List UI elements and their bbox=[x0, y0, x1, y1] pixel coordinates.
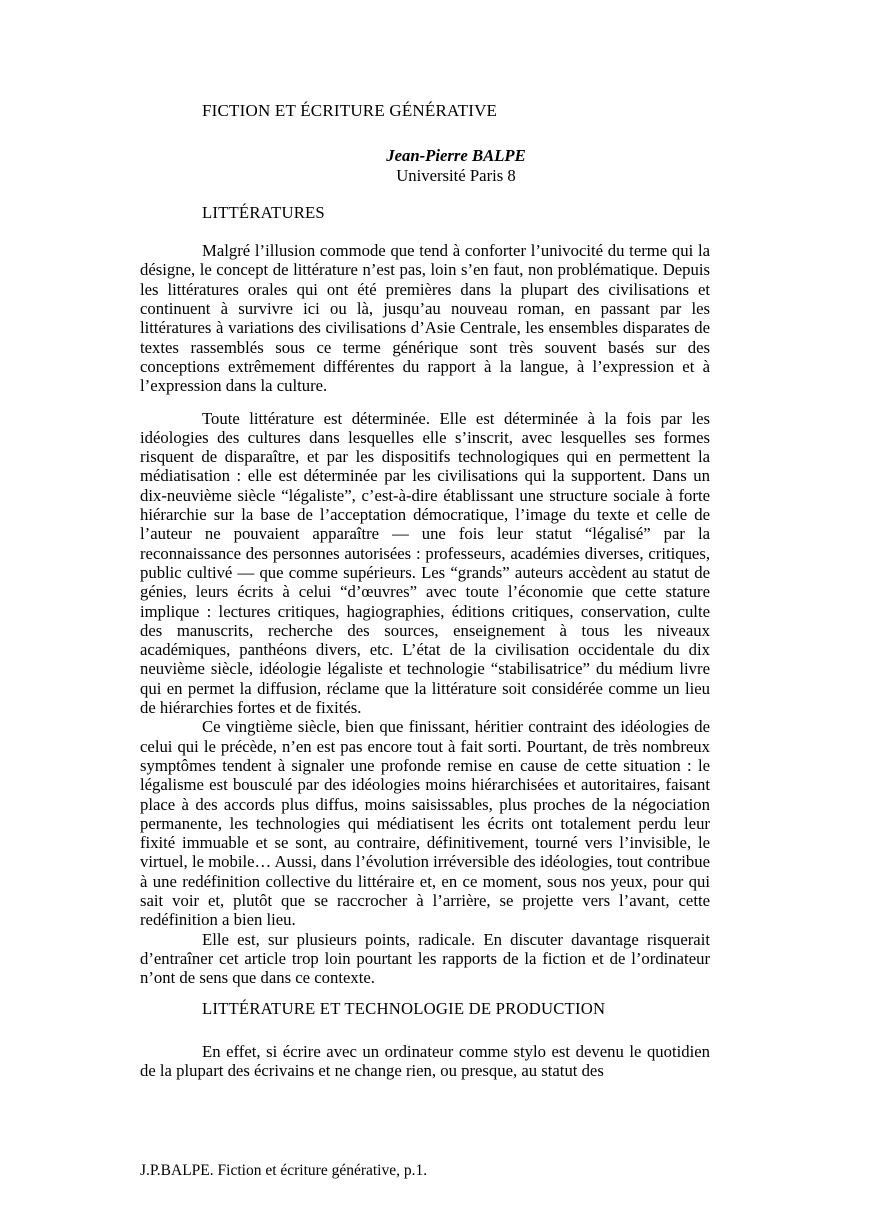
section-heading-technologie-de-production: LITTÉRATURE ET TECHNOLOGIE DE PRODUCTION bbox=[202, 999, 710, 1018]
author-block: Jean-Pierre BALPE Université Paris 8 bbox=[171, 146, 741, 185]
page-footer: J.P.BALPE. Fiction et écriture générativ… bbox=[140, 1162, 427, 1180]
paragraph-2: Toute littérature est déterminée. Elle e… bbox=[140, 409, 710, 718]
paragraph-5: En effet, si écrire avec un ordinateur c… bbox=[140, 1042, 710, 1081]
author-name: Jean-Pierre BALPE bbox=[171, 146, 741, 165]
document-body: FICTION ET ÉCRITURE GÉNÉRATIVE Jean-Pier… bbox=[140, 0, 710, 1080]
document-title: FICTION ET ÉCRITURE GÉNÉRATIVE bbox=[202, 101, 710, 120]
paragraph-1: Malgré l’illusion commode que tend à con… bbox=[140, 241, 710, 395]
paragraph-4: Elle est, sur plusieurs points, radicale… bbox=[140, 930, 710, 988]
paragraph-3: Ce vingtième siècle, bien que finissant,… bbox=[140, 717, 710, 929]
document-page: FICTION ET ÉCRITURE GÉNÉRATIVE Jean-Pier… bbox=[0, 0, 870, 1230]
author-affiliation: Université Paris 8 bbox=[171, 166, 741, 185]
section-heading-litteratures: LITTÉRATURES bbox=[202, 203, 710, 222]
